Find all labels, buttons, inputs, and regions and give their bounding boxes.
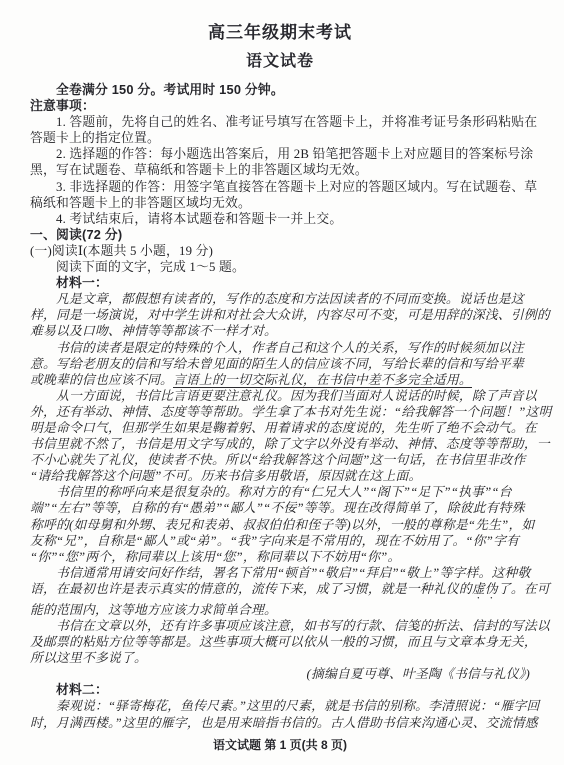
text-segment: (一)阅读Ⅰ(本题共 5 小题，19 分) [30, 244, 213, 258]
text-line: 友称“兄”，自称是“鄙人”或“弟”。“我”字向来是不常用的，现在不妨用了。“你”… [30, 533, 530, 549]
text-segment: 意。写给老朋友的信和写给未曾见面的陌生人的信应该不同，写给长辈的信和写给平辈 [30, 357, 524, 371]
text-segment: 所以这里不多说了。 [30, 651, 147, 665]
text-segment: 不小心就失了礼仪，使读者不快。所以“给我解答这个问题”这一句话，在书信里非改作 [30, 453, 526, 467]
text-line: 或晚辈的信也应该不同。言语上的一切交际礼仪，在书信中差不多完全适用。 [30, 372, 530, 388]
text-line: 从一方面说，书信比言语更要注意礼仪。因为我们当面对人说话的时候，除了声音以 [30, 388, 530, 404]
text-line: 1. 答题前，先将自己的姓名、准考证号填写在答题卡上，并将准考证号条形码粘贴在 [30, 114, 530, 130]
text-segment: 答题卡上的指定位置。 [30, 131, 160, 145]
text-segment: 端”“左右”等等，自称的有“愚弟”“鄙人”“不佞”等等。现在改得简单了，除彼此有… [30, 501, 525, 515]
text-segment: 了。在可 [498, 582, 550, 596]
page-footer: 语文试题 第 1 页(共 8 页) [30, 737, 530, 753]
text-line: 注意事项： [30, 98, 530, 114]
text-line: 时，月满西楼。”这里的雁字，也是用来暗指书信的。古人借助书信来沟通心灵、交流情感 [30, 715, 530, 731]
text-segment: 能的范围内，这等地方应该力求简单合理。 [30, 603, 277, 617]
underlined-text: 言语上的一切交际礼仪，在书信中差不多完全适用。 [173, 373, 472, 389]
text-line: 明是命令口气，但那学生如果是鞠着躬、用着请求的态度说的，先生听了绝不会动气。在 [30, 420, 530, 436]
text-segment: 2. 选择题的作答：每小题选出答案后，用 2B 铅笔把答题卡上对应题目的答案标号… [56, 147, 533, 161]
text-line: 材料一： [30, 275, 530, 291]
text-line: 样，同是一场演说，对中学生讲和对社会大众讲，内容尽可不变，可是用辞的深浅、引例的 [30, 307, 530, 323]
text-segment: 时，月满西楼。”这里的雁字，也是用来暗指书信的。古人借助书信来沟通心灵、交流情感 [30, 716, 538, 730]
text-segment: 凡是文章，都假想有读者的，写作的态度和方法因读者的不同而变换。说话也是这 [56, 292, 524, 306]
text-segment: 或晚辈的信也应该不同。 [30, 373, 173, 387]
text-line: 答题卡上的指定位置。 [30, 130, 530, 146]
text-segment: 友称“兄”，自称是“鄙人”或“弟”。“我”字向来是不常用的，现在不妨用了。“你”… [30, 534, 519, 548]
text-segment: 3. 非选择题的作答：用签字笔直接答在答题卡上对应的答题区域内。写在试题卷、草 [56, 180, 537, 194]
text-line: 语，在最初也许是表示真实的情意的，流传下来，成了习惯，就是一种礼仪的虚伪了。在可 [30, 581, 530, 602]
text-segment: “你”“您”两个，称同辈以上该用“您”，称同辈以下不妨用“你”。 [30, 550, 400, 564]
text-segment: 4. 考试结束后，请将本试题卷和答题卡一并上交。 [56, 212, 342, 226]
text-line: 4. 考试结束后，请将本试题卷和答题卡一并上交。 [30, 211, 530, 227]
text-segment: 材料二： [56, 682, 108, 697]
text-segment: 书信里的称呼向来是很复杂的。称对方的有“仁兄大人”“阁下”“足下”“执事”“台 [56, 485, 512, 499]
text-line: 难易以及口吻、神情等等都该不一样才对。 [30, 323, 530, 339]
text-line: 书信里就不然了，书信是用文字写成的，除了文字以外没有举动、神情、态度等等帮助，一 [30, 436, 530, 452]
text-segment: 书信通常用请安问好作结，署名下常用“顿首”“敬启”“拜启”“敬上”等字样。这种敬 [56, 566, 530, 580]
text-segment: 1. 答题前，先将自己的姓名、准考证号填写在答题卡上，并将准考证号条形码粘贴在 [56, 115, 537, 129]
text-line: 书信的读者是限定的特殊的个人，作者自己和这个人的关系，写作的时候须加以注 [30, 340, 530, 356]
text-line: 稿纸和答题卡上的非答题区域均无效。 [30, 195, 530, 211]
paper-body: 全卷满分 150 分。考试用时 150 分钟。注意事项：1. 答题前，先将自己的… [30, 82, 530, 731]
text-line: 及邮票的粘贴方位等等都是。这些事项大概可以依从一般的习惯，而且与文章本身无关， [30, 634, 530, 650]
text-line: 所以这里不多说了。 [30, 650, 530, 666]
paper-title: 高三年级期末考试 [30, 22, 530, 44]
text-segment: 称呼的(如母舅和外甥、表兄和表弟、叔叔伯伯和侄子等)以外，一般的尊称是“先生”，… [30, 518, 534, 532]
text-segment: 语，在最初也许是表示真实的情意的，流传下来，成了习惯，就是一种礼仪的 [30, 582, 472, 596]
text-segment: 书信里就不然了，书信是用文字写成的，除了文字以外没有举动、神情、态度等等帮助，一 [30, 437, 550, 451]
text-segment: 明是命令口气，但那学生如果是鞠着躬、用着请求的态度说的，先生听了绝不会动气。在 [30, 421, 537, 435]
text-line: 3. 非选择题的作答：用签字笔直接答在答题卡上对应的答题区域内。写在试题卷、草 [30, 179, 530, 195]
text-line: (摘编自夏丏尊、叶圣陶《书信与礼仪》) [30, 666, 530, 682]
text-line: 端”“左右”等等，自称的有“愚弟”“鄙人”“不佞”等等。现在改得简单了，除彼此有… [30, 500, 530, 516]
text-line: 材料二： [30, 682, 530, 698]
text-line: 称呼的(如母舅和外甥、表兄和表弟、叔叔伯伯和侄子等)以外，一般的尊称是“先生”，… [30, 517, 530, 533]
text-segment: 全卷满分 150 分。考试用时 150 分钟。 [56, 82, 284, 97]
exam-paper-page: 高三年级期末考试 语文试卷 全卷满分 150 分。考试用时 150 分钟。注意事… [0, 0, 564, 765]
text-line: 黑，写在试题卷、草稿纸和答题卡上的非答题区域均无效。 [30, 162, 530, 178]
text-line: 不小心就失了礼仪，使读者不快。所以“给我解答这个问题”这一句话，在书信里非改作 [30, 452, 530, 468]
text-segment: 黑，写在试题卷、草稿纸和答题卡上的非答题区域均无效。 [30, 163, 368, 177]
text-line: 秦观说：“驿寄梅花，鱼传尺素。”这里的尺素，就是书信的别称。李清照说：“雁字回 [30, 698, 530, 714]
text-segment: 从一方面说，书信比言语更要注意礼仪。因为我们当面对人说话的时候，除了声音以 [56, 389, 537, 403]
text-line: 书信通常用请安问好作结，署名下常用“顿首”“敬启”“拜启”“敬上”等字样。这种敬 [30, 565, 530, 581]
text-segment: 阅读下面的文字，完成 1～5 题。 [56, 260, 245, 274]
text-line: 全卷满分 150 分。考试用时 150 分钟。 [30, 82, 530, 98]
text-line: 能的范围内，这等地方应该力求简单合理。 [30, 602, 530, 618]
text-line: “你”“您”两个，称同辈以上该用“您”，称同辈以下不妨用“你”。 [30, 549, 530, 565]
text-segment: 稿纸和答题卡上的非答题区域均无效。 [30, 196, 251, 210]
text-segment: 一、阅读(72 分) [30, 227, 122, 242]
emphasized-text: 虚伪 [472, 582, 498, 596]
text-segment: 外，还有举动、神情、态度等等帮助。学生拿了本书对先生说：“给我解答一个问题！”这… [30, 405, 552, 419]
text-segment: 材料一： [56, 275, 108, 290]
text-line: 书信在文章以外，还有许多事项应该注意，如书写的行款、信笺的折法、信封的写法以 [30, 618, 530, 634]
text-line: 意。写给老朋友的信和写给未曾见面的陌生人的信应该不同，写给长辈的信和写给平辈 [30, 356, 530, 372]
text-segment: 样，同是一场演说，对中学生讲和对社会大众讲，内容尽可不变，可是用辞的深浅、引例的 [30, 308, 550, 322]
paper-subtitle: 语文试卷 [30, 52, 530, 72]
text-segment: 及邮票的粘贴方位等等都是。这些事项大概可以依从一般的习惯，而且与文章本身无关， [30, 635, 537, 649]
text-segment: “请给我解答这个问题”不可。历来书信多用敬语，原因就在这上面。 [30, 469, 422, 483]
text-segment: 书信在文章以外，还有许多事项应该注意，如书写的行款、信笺的折法、信封的写法以 [56, 619, 550, 633]
text-segment: 书信的读者是限定的特殊的个人，作者自己和这个人的关系，写作的时候须加以注 [56, 341, 524, 355]
text-line: 凡是文章，都假想有读者的，写作的态度和方法因读者的不同而变换。说话也是这 [30, 291, 530, 307]
text-segment: 秦观说：“驿寄梅花，鱼传尺素。”这里的尺素，就是书信的别称。李清照说：“雁字回 [56, 699, 539, 713]
text-line: 阅读下面的文字，完成 1～5 题。 [30, 259, 530, 275]
text-segment: (摘编自夏丏尊、叶圣陶《书信与礼仪》) [307, 667, 530, 681]
text-line: 外，还有举动、神情、态度等等帮助。学生拿了本书对先生说：“给我解答一个问题！”这… [30, 404, 530, 420]
text-line: (一)阅读Ⅰ(本题共 5 小题，19 分) [30, 243, 530, 259]
text-segment: 注意事项： [30, 98, 95, 113]
text-line: 一、阅读(72 分) [30, 227, 530, 243]
text-line: 书信里的称呼向来是很复杂的。称对方的有“仁兄大人”“阁下”“足下”“执事”“台 [30, 484, 530, 500]
text-line: “请给我解答这个问题”不可。历来书信多用敬语，原因就在这上面。 [30, 468, 530, 484]
text-line: 2. 选择题的作答：每小题选出答案后，用 2B 铅笔把答题卡上对应题目的答案标号… [30, 146, 530, 162]
text-segment: 难易以及口吻、神情等等都该不一样才对。 [30, 324, 277, 338]
